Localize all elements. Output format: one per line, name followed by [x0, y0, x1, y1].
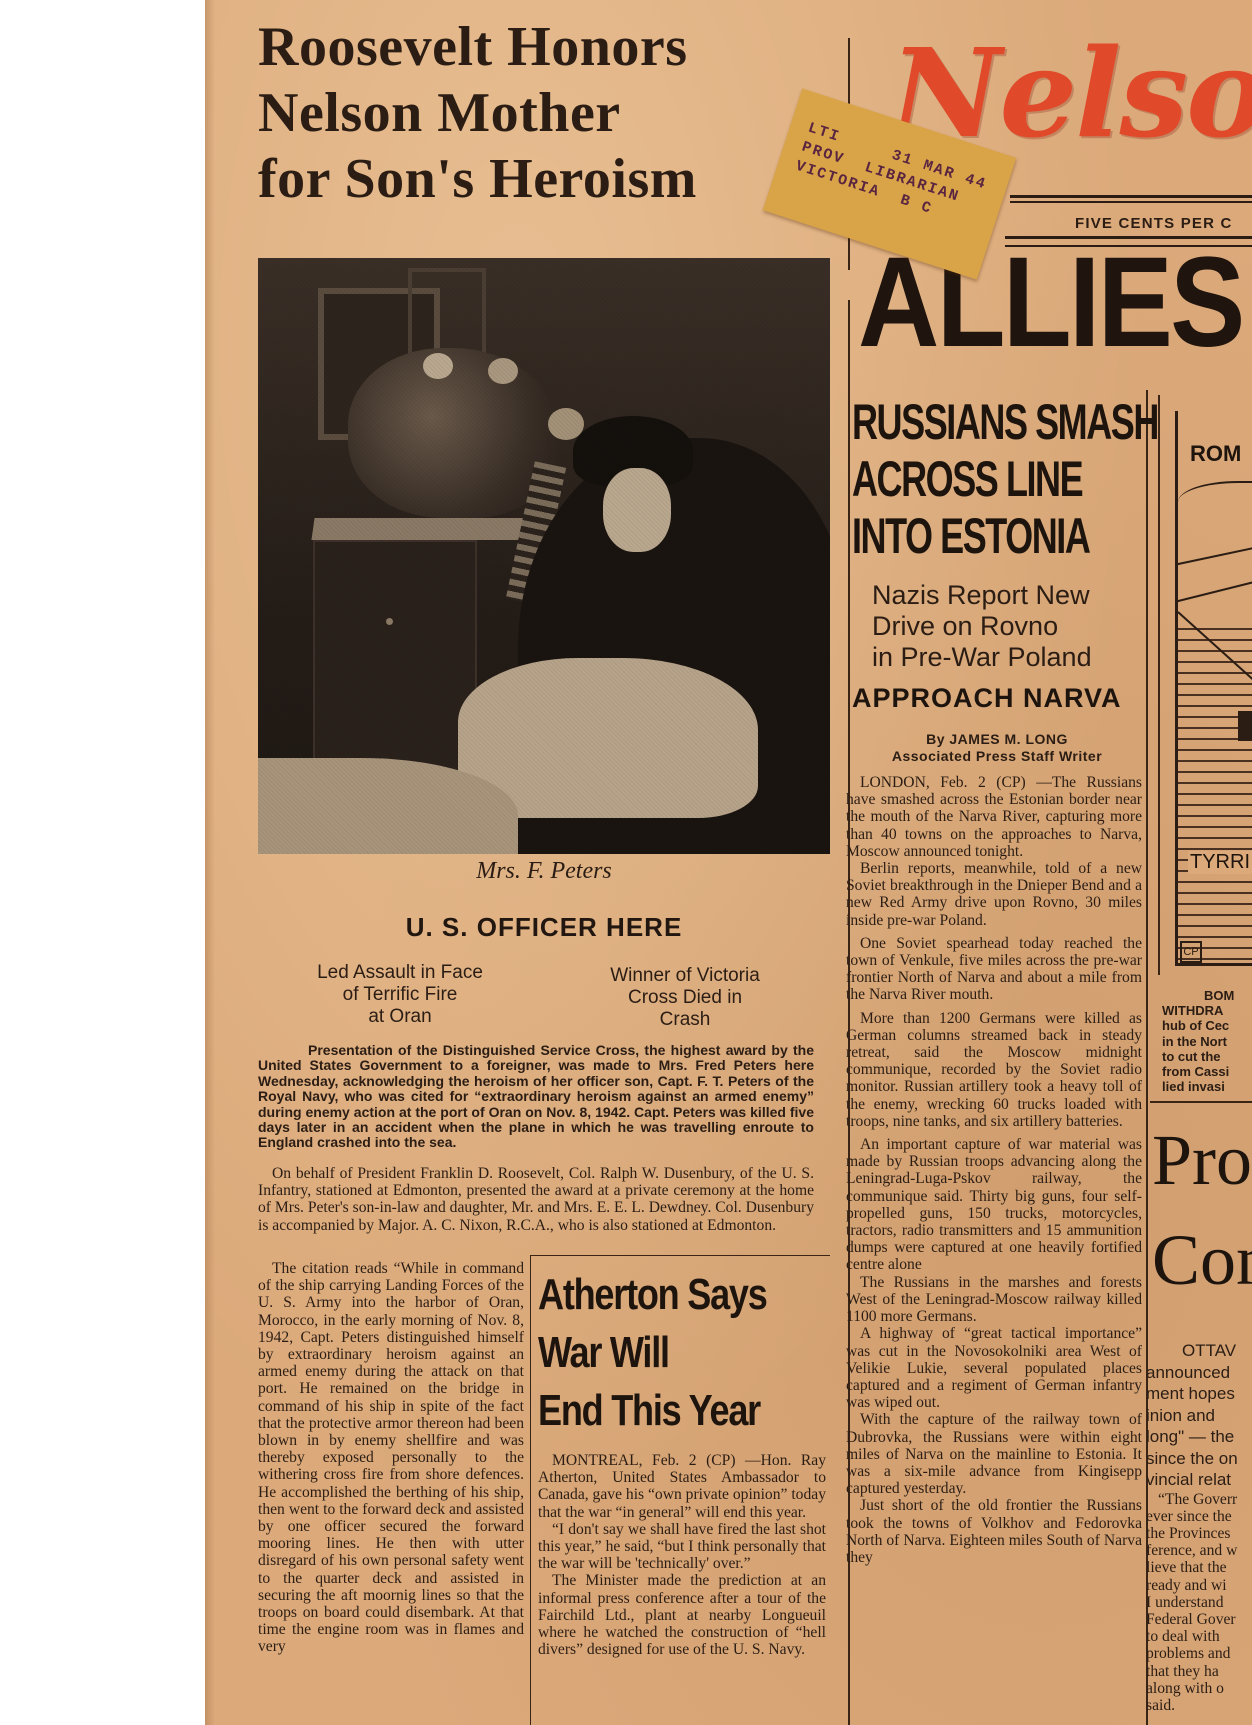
russians-headline: RUSSIANS SMASH ACROSS LINE INTO ESTONIA [852, 394, 1158, 565]
map-caption: BOM WITHDRA hub of Cec in the Nort to cu… [1162, 988, 1252, 1094]
price-line: FIVE CENTS PER C [1075, 215, 1233, 232]
atherton-body: MONTREAL, Feb. 2 (CP) —Hon. Ray Atherton… [538, 1452, 826, 1658]
headline-line: Roosevelt Honors [258, 14, 818, 80]
map-label: ROM [1190, 441, 1241, 467]
cp-logo-icon: CP [1180, 941, 1202, 963]
provincial-headline: Pro Con [1152, 1110, 1252, 1310]
byline: By JAMES M. LONG Associated Press Staff … [852, 731, 1142, 765]
atherton-headline: Atherton Says War Will End This Year [538, 1266, 767, 1440]
headline-line: for Son's Heroism [258, 146, 818, 212]
main-headline: Roosevelt Honors Nelson Mother for Son's… [258, 14, 818, 212]
photo-caption: Mrs. F. Peters [258, 858, 830, 885]
behalf-paragraph: On behalf of President Franklin D. Roose… [258, 1165, 814, 1234]
lead-paragraph: Presentation of the Distinguished Servic… [258, 1043, 814, 1151]
map-italy: ROM TYRRI CP [1175, 411, 1252, 966]
russians-body: LONDON, Feb. 2 (CP) —The Russians have s… [846, 774, 1142, 1566]
paper-edge [205, 0, 215, 1725]
masthead-rule [1010, 195, 1252, 198]
russians-deck: Nazis Report New Drive on Rovno in Pre-W… [872, 580, 1092, 673]
headline-line: Nelson Mother [258, 80, 818, 146]
column-rule [1158, 395, 1160, 975]
section-rule [1150, 1101, 1252, 1103]
subhead: U. S. OFFICER HERE [258, 912, 830, 943]
box-rule [530, 1255, 830, 1256]
map-sea [1178, 621, 1252, 963]
masthead-rule [1010, 201, 1252, 203]
russians-subhead: APPROACH NARVA [852, 683, 1122, 714]
deck-left: Led Assault in Face of Terrific Fire at … [290, 962, 510, 1028]
citation-paragraph: The citation reads “While in command of … [258, 1260, 524, 1656]
photo-mrs-peters [258, 258, 830, 854]
deck-right: Winner of Victoria Cross Died in Crash [580, 965, 790, 1031]
map-label: TYRRI [1188, 851, 1252, 874]
ottawa-story: OTTAV announced ment hopes inion and lon… [1146, 1340, 1252, 1714]
column-rule [530, 1256, 531, 1725]
